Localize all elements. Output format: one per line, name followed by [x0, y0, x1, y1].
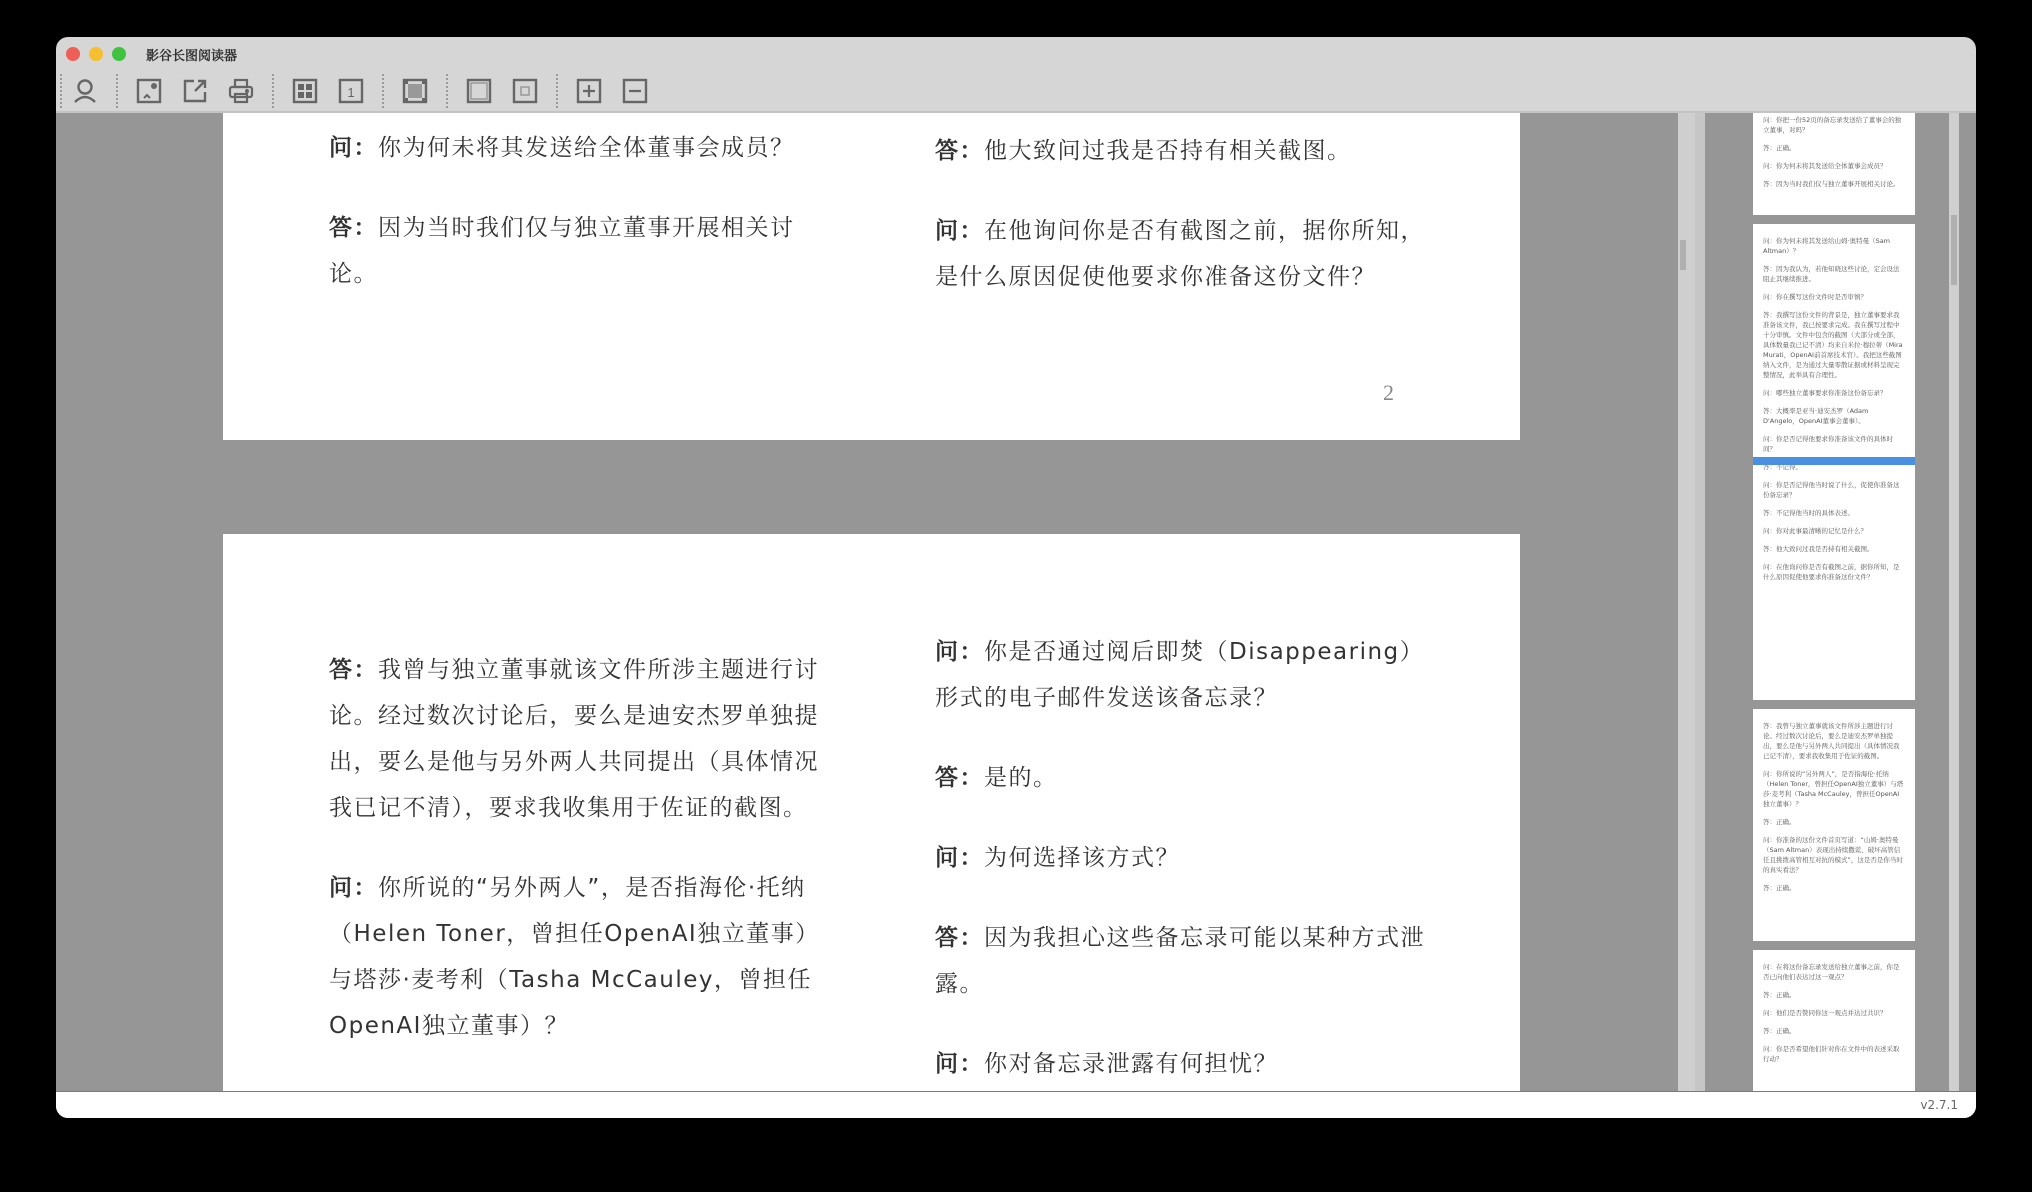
thumbnail-page-1[interactable]: 问：你把一份52页的备忘录发送给了董事会的独立董事，对吗？ 答：正确。 问：你为… — [1753, 113, 1915, 215]
qa-item: 答：因为我担心这些备忘录可能以某种方式泄露。 — [935, 915, 1435, 1007]
toolbar-separator — [272, 74, 274, 108]
zoom-out-icon — [621, 77, 649, 105]
qa-item: 问：在他询问你是否有截图之前，据你所知，是什么原因促使他要求你准备这份文件？ — [935, 208, 1435, 300]
single-page-button[interactable]: 1 — [335, 75, 367, 107]
close-button[interactable] — [66, 47, 80, 61]
toolbar-separator — [382, 74, 384, 108]
print-button[interactable] — [225, 75, 257, 107]
window-title: 影谷长图阅读器 — [146, 45, 237, 64]
qa-item: 问：你所说的“另外两人”，是否指海伦·托纳（Helen Toner，曾担任Ope… — [329, 865, 829, 1049]
zoom-in-icon — [575, 77, 603, 105]
page-number: 2 — [1383, 380, 1394, 406]
user-icon — [71, 77, 99, 105]
fit-width-icon — [465, 77, 493, 105]
qa-item: 答：他大致问过我是否持有相关截图。 — [935, 128, 1435, 174]
page-3: 答：我曾与独立董事就该文件所涉主题进行讨论。经过数次讨论后，要么是迪安杰罗单独提… — [223, 534, 1520, 1091]
actual-size-button[interactable] — [509, 75, 541, 107]
main-scrollbar-thumb[interactable] — [1680, 240, 1686, 270]
zoom-in-button[interactable] — [573, 75, 605, 107]
qa-item: 答：是的。 — [935, 755, 1435, 801]
thumbnail-scrollbar-thumb[interactable] — [1951, 215, 1957, 285]
qa-item: 问：你是否通过阅后即焚（Disappearing）形式的电子邮件发送该备忘录？ — [935, 629, 1435, 721]
title-bar: 影谷长图阅读器 — [56, 37, 1976, 71]
toolbar-separator — [446, 74, 448, 108]
print-icon — [227, 77, 255, 105]
fit-width-button[interactable] — [463, 75, 495, 107]
fit-screen-button[interactable] — [399, 75, 431, 107]
window-controls — [66, 47, 126, 61]
toolbar: 1 — [56, 71, 1976, 111]
qa-item: 问：你为何未将其发送给全体董事会成员？ — [329, 125, 829, 171]
thumbnail-pane[interactable]: 问：你把一份52页的备忘录发送给了董事会的独立董事，对吗？ 答：正确。 问：你为… — [1705, 113, 1949, 1091]
qa-item: 答：因为当时我们仅与独立董事开展相关讨论。 — [329, 205, 829, 297]
main-scrollbar[interactable] — [1678, 113, 1695, 1091]
qa-item: 问：为何选择该方式？ — [935, 835, 1435, 881]
open-image-button[interactable] — [133, 75, 165, 107]
export-icon — [181, 77, 209, 105]
version-label: v2.7.1 — [1920, 1098, 1958, 1112]
toolbar-separator — [116, 74, 118, 108]
thumbnail-scrollbar[interactable] — [1949, 113, 1959, 1091]
actual-size-icon — [511, 77, 539, 105]
qa-item: 问：你对备忘录泄露有何担忧？ — [935, 1041, 1435, 1087]
thumbnail-page-3[interactable]: 答：我曾与独立董事就该文件所涉主题进行讨论。经过数次讨论后，要么是迪安杰罗单独提… — [1753, 709, 1915, 941]
page-3-left-column: 答：我曾与独立董事就该文件所涉主题进行讨论。经过数次讨论后，要么是迪安杰罗单独提… — [329, 647, 829, 1083]
qa-item: 答：我曾与独立董事就该文件所涉主题进行讨论。经过数次讨论后，要么是迪安杰罗单独提… — [329, 647, 829, 831]
toolbar-separator — [60, 74, 62, 108]
export-button[interactable] — [179, 75, 211, 107]
app-window: 影谷长图阅读器 1 — [56, 37, 1976, 1118]
thumbnail-page-4[interactable]: 问：在将这份备忘录发送给独立董事之前，你是否已向他们表达过这一观点？ 答：正确。… — [1753, 950, 1915, 1091]
zoom-out-button[interactable] — [619, 75, 651, 107]
image-icon — [135, 77, 163, 105]
grid-view-button[interactable] — [289, 75, 321, 107]
maximize-button[interactable] — [112, 47, 126, 61]
page-3-right-column: 问：你是否通过阅后即焚（Disappearing）形式的电子邮件发送该备忘录？ … — [935, 629, 1435, 1091]
page-2: 问：你为何未将其发送给全体董事会成员？ 答：因为当时我们仅与独立董事开展相关讨论… — [223, 113, 1520, 440]
page-2-left-column: 问：你为何未将其发送给全体董事会成员？ 答：因为当时我们仅与独立董事开展相关讨论… — [329, 125, 829, 331]
grid-view-icon — [291, 77, 319, 105]
status-bar: v2.7.1 — [56, 1091, 1976, 1118]
user-button[interactable] — [69, 75, 101, 107]
page-2-right-column: 答：他大致问过我是否持有相关截图。 问：在他询问你是否有截图之前，据你所知，是什… — [935, 128, 1435, 334]
minimize-button[interactable] — [89, 47, 103, 61]
pane-splitter[interactable] — [1695, 113, 1705, 1091]
document-viewer[interactable]: 问：你为何未将其发送给全体董事会成员？ 答：因为当时我们仅与独立董事开展相关讨论… — [56, 113, 1976, 1091]
toolbar-separator — [556, 74, 558, 108]
current-view-indicator[interactable] — [1753, 457, 1915, 465]
single-page-icon: 1 — [337, 77, 365, 105]
fit-screen-icon — [401, 77, 429, 105]
svg-text:1: 1 — [347, 85, 354, 100]
